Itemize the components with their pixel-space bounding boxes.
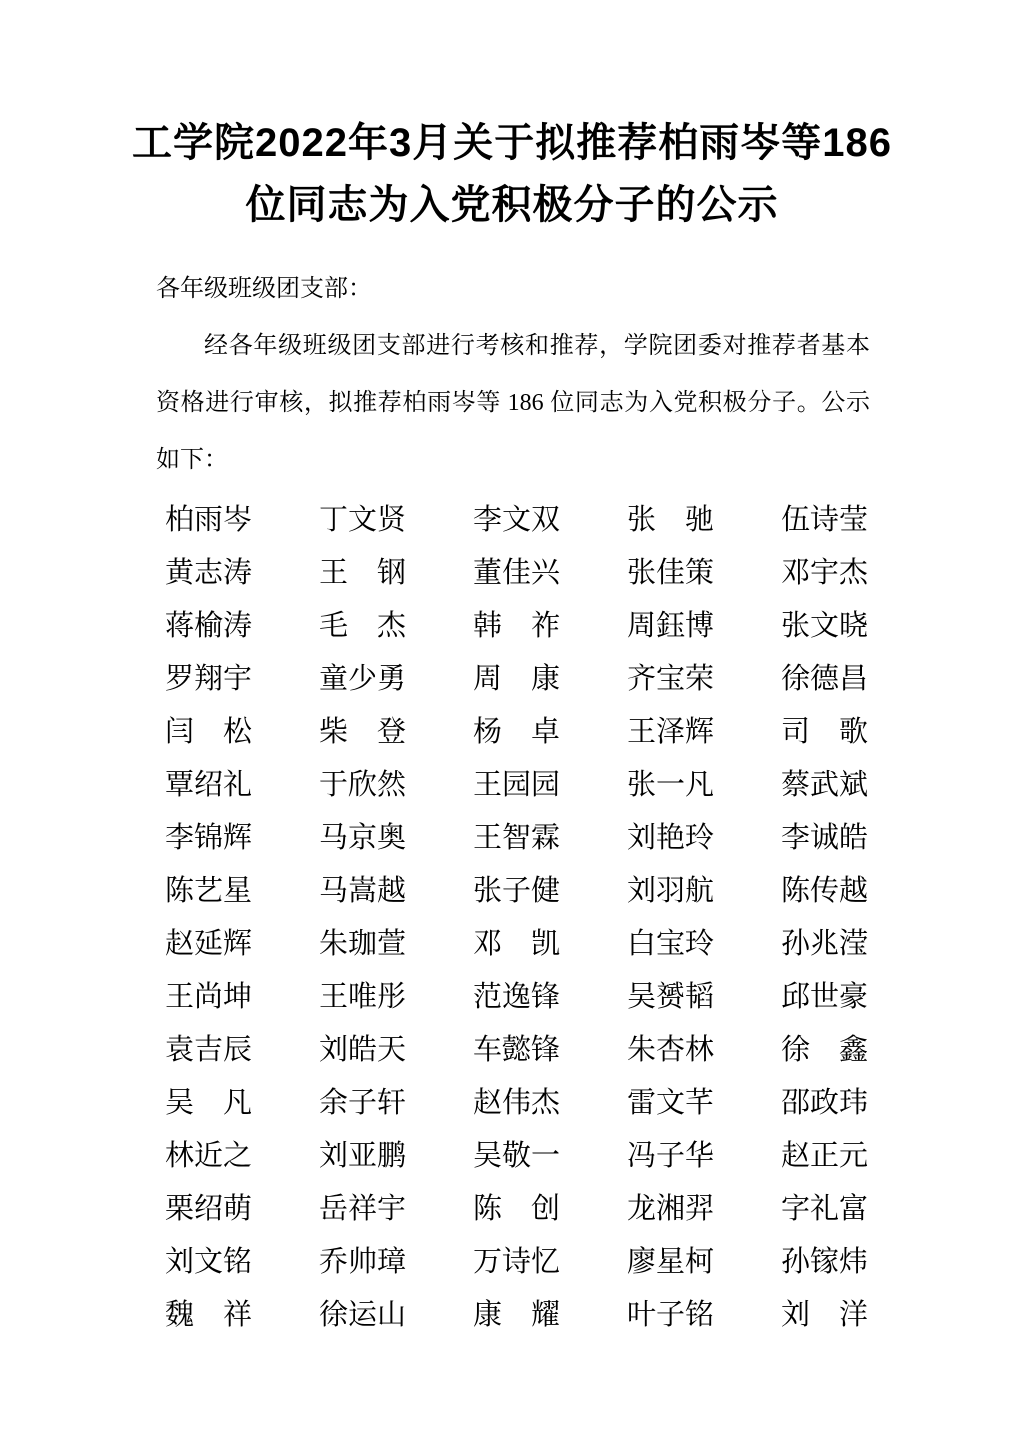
name-cell: 邓宇杰 bbox=[781, 544, 869, 597]
name-cell: 赵正元 bbox=[781, 1127, 869, 1180]
name-cell: 吴敬一 bbox=[473, 1127, 561, 1180]
name-cell: 黄志涛 bbox=[165, 544, 253, 597]
name-cell: 周 康 bbox=[473, 650, 561, 703]
name-cell: 徐 鑫 bbox=[781, 1021, 869, 1074]
name-cell: 马京奥 bbox=[319, 809, 407, 862]
name-cell: 韩 祚 bbox=[473, 597, 561, 650]
names-list: 柏雨岑丁文贤李文双张 驰伍诗莹黄志涛王 钢董佳兴张佳策邓宇杰蒋榆涛毛 杰韩 祚周… bbox=[165, 491, 870, 1339]
document-title-line1: 工学院2022年3月关于拟推荐柏雨岑等186 bbox=[0, 112, 1024, 174]
name-cell: 刘羽航 bbox=[627, 862, 715, 915]
name-cell: 李文双 bbox=[473, 491, 561, 544]
name-cell: 范逸锋 bbox=[473, 968, 561, 1021]
name-cell: 司 歌 bbox=[781, 703, 869, 756]
name-cell: 王园园 bbox=[473, 756, 561, 809]
name-cell: 王 钢 bbox=[319, 544, 407, 597]
name-cell: 栗绍萌 bbox=[165, 1180, 253, 1233]
name-cell: 孙兆滢 bbox=[781, 915, 869, 968]
name-cell: 康 耀 bbox=[473, 1286, 561, 1339]
document-title: 工学院2022年3月关于拟推荐柏雨岑等186 位同志为入党积极分子的公示 bbox=[0, 112, 1024, 236]
name-cell: 朱杏林 bbox=[627, 1021, 715, 1074]
name-cell: 张一凡 bbox=[627, 756, 715, 809]
name-cell: 字礼富 bbox=[781, 1180, 869, 1233]
name-cell: 林近之 bbox=[165, 1127, 253, 1180]
name-cell: 赵延辉 bbox=[165, 915, 253, 968]
name-cell: 雷文芊 bbox=[627, 1074, 715, 1127]
name-cell: 邱世豪 bbox=[781, 968, 869, 1021]
name-cell: 魏 祥 bbox=[165, 1286, 253, 1339]
name-cell: 岳祥宇 bbox=[319, 1180, 407, 1233]
name-cell: 邓 凯 bbox=[473, 915, 561, 968]
name-cell: 袁吉辰 bbox=[165, 1021, 253, 1074]
name-cell: 陈 创 bbox=[473, 1180, 561, 1233]
name-cell: 车懿锋 bbox=[473, 1021, 561, 1074]
name-cell: 毛 杰 bbox=[319, 597, 407, 650]
name-cell: 刘 洋 bbox=[781, 1286, 869, 1339]
name-cell: 王智霖 bbox=[473, 809, 561, 862]
name-cell: 罗翔宇 bbox=[165, 650, 253, 703]
name-cell: 伍诗莹 bbox=[781, 491, 869, 544]
name-cell: 覃绍礼 bbox=[165, 756, 253, 809]
announcement-page: 工学院2022年3月关于拟推荐柏雨岑等186 位同志为入党积极分子的公示 各年级… bbox=[0, 0, 1024, 1448]
name-cell: 柴 登 bbox=[319, 703, 407, 756]
name-cell: 陈艺星 bbox=[165, 862, 253, 915]
name-cell: 柏雨岑 bbox=[165, 491, 253, 544]
name-cell: 余子轩 bbox=[319, 1074, 407, 1127]
name-cell: 吴 凡 bbox=[165, 1074, 253, 1127]
name-cell: 陈传越 bbox=[781, 862, 869, 915]
name-cell: 周鈺博 bbox=[627, 597, 715, 650]
document-body: 各年级班级团支部： 经各年级班级团支部进行考核和推荐，学院团委对推荐者基本资格进… bbox=[156, 261, 870, 1339]
name-cell: 童少勇 bbox=[319, 650, 407, 703]
name-cell: 刘文铭 bbox=[165, 1233, 253, 1286]
name-cell: 张文晓 bbox=[781, 597, 869, 650]
name-cell: 孙镓炜 bbox=[781, 1233, 869, 1286]
name-cell: 董佳兴 bbox=[473, 544, 561, 597]
name-cell: 丁文贤 bbox=[319, 491, 407, 544]
salutation: 各年级班级团支部： bbox=[156, 261, 870, 318]
name-cell: 廖星柯 bbox=[627, 1233, 715, 1286]
name-cell: 张 驰 bbox=[627, 491, 715, 544]
name-cell: 刘皓天 bbox=[319, 1021, 407, 1074]
name-cell: 乔帅璋 bbox=[319, 1233, 407, 1286]
name-cell: 邵政玮 bbox=[781, 1074, 869, 1127]
name-cell: 李锦辉 bbox=[165, 809, 253, 862]
name-cell: 白宝玲 bbox=[627, 915, 715, 968]
name-cell: 张佳策 bbox=[627, 544, 715, 597]
name-cell: 刘艳玲 bbox=[627, 809, 715, 862]
name-cell: 朱珈萱 bbox=[319, 915, 407, 968]
name-cell: 徐德昌 bbox=[781, 650, 869, 703]
name-cell: 闫 松 bbox=[165, 703, 253, 756]
name-cell: 龙湘羿 bbox=[627, 1180, 715, 1233]
name-cell: 马嵩越 bbox=[319, 862, 407, 915]
name-cell: 王尚坤 bbox=[165, 968, 253, 1021]
name-cell: 蔡武斌 bbox=[781, 756, 869, 809]
name-cell: 万诗忆 bbox=[473, 1233, 561, 1286]
name-cell: 蒋榆涛 bbox=[165, 597, 253, 650]
name-cell: 张子健 bbox=[473, 862, 561, 915]
name-cell: 刘亚鹏 bbox=[319, 1127, 407, 1180]
name-cell: 吴赟韬 bbox=[627, 968, 715, 1021]
body-paragraph: 经各年级班级团支部进行考核和推荐，学院团委对推荐者基本资格进行审核，拟推荐柏雨岑… bbox=[156, 318, 870, 489]
name-cell: 赵伟杰 bbox=[473, 1074, 561, 1127]
name-cell: 王泽辉 bbox=[627, 703, 715, 756]
document-title-line2: 位同志为入党积极分子的公示 bbox=[0, 174, 1024, 236]
name-cell: 冯子华 bbox=[627, 1127, 715, 1180]
name-cell: 齐宝荣 bbox=[627, 650, 715, 703]
name-cell: 叶子铭 bbox=[627, 1286, 715, 1339]
name-cell: 徐运山 bbox=[319, 1286, 407, 1339]
name-cell: 于欣然 bbox=[319, 756, 407, 809]
name-cell: 王唯彤 bbox=[319, 968, 407, 1021]
name-cell: 杨 卓 bbox=[473, 703, 561, 756]
name-cell: 李诚皓 bbox=[781, 809, 869, 862]
